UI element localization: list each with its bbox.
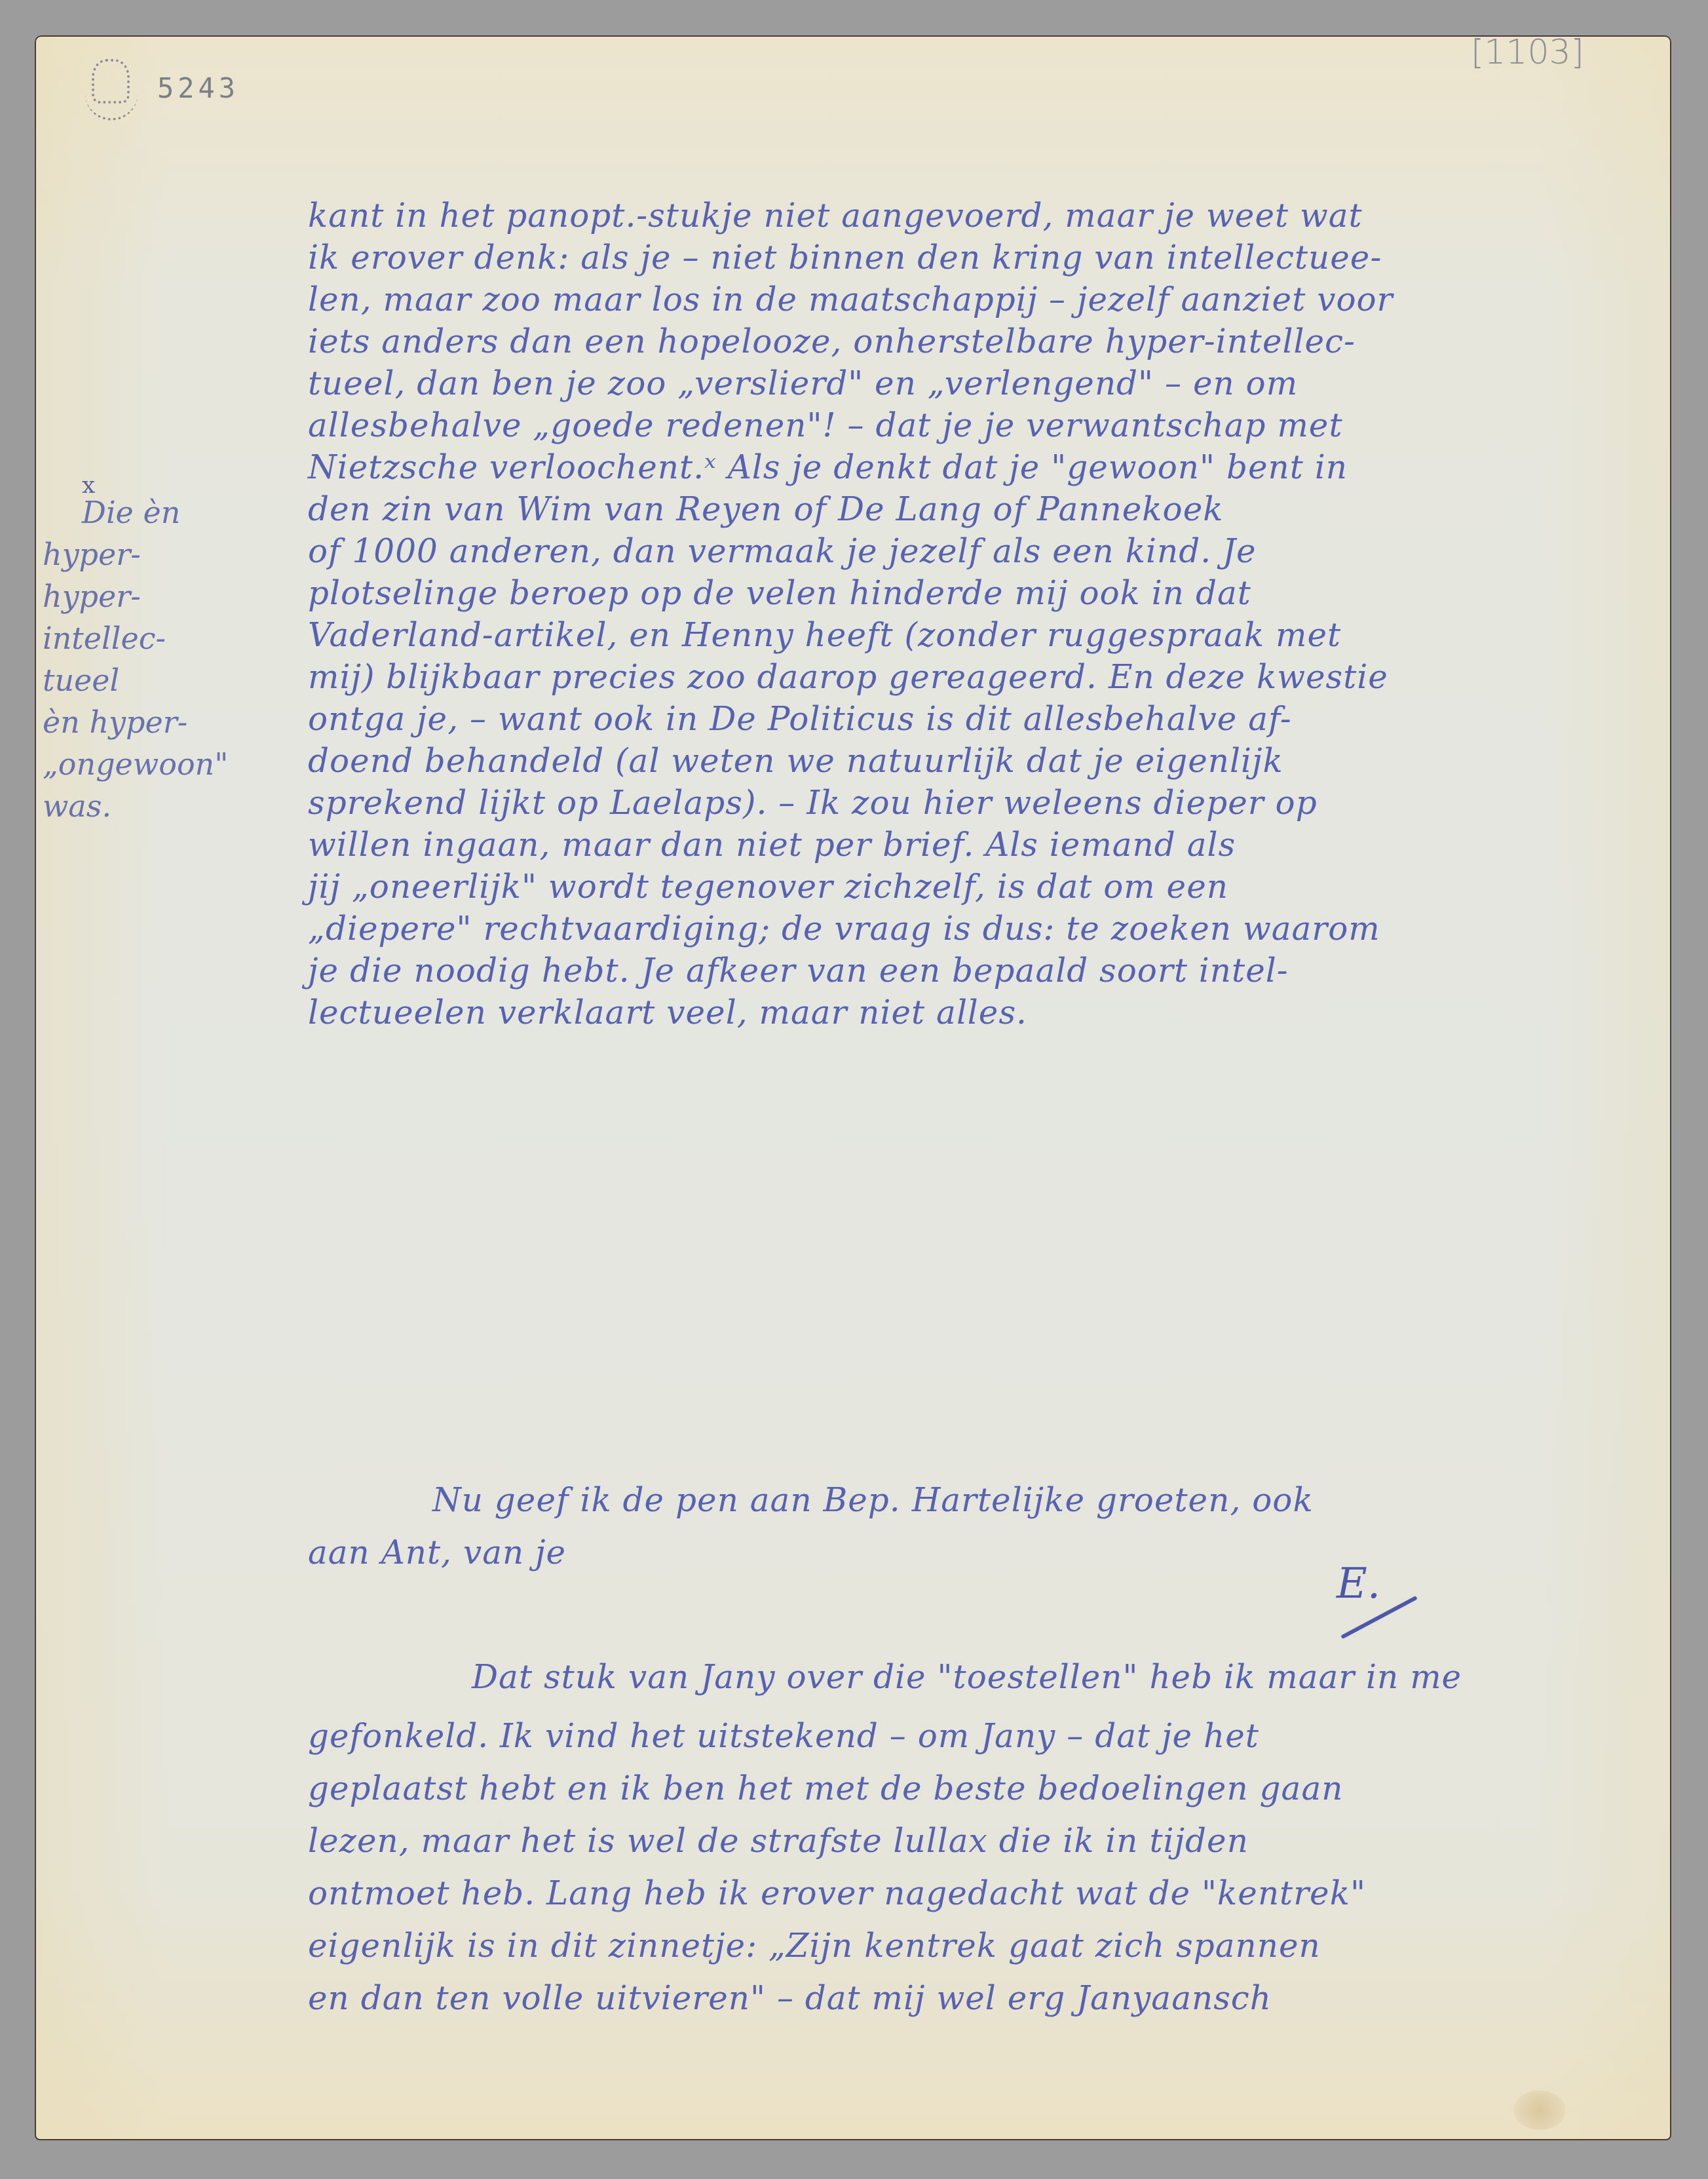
text-line: Vaderland-artikel, en Henny heeft (zonde… (308, 616, 1341, 654)
stamp-number: 5243 (157, 72, 239, 104)
margin-note-line: tueel (43, 659, 228, 701)
text-line: en dan ten volle uitvieren" – dat mij we… (308, 1979, 1272, 2017)
text-line: willen ingaan, maar dan niet per brief. … (308, 826, 1236, 864)
text-line: doend behandeld (al weten we natuurlijk … (308, 742, 1283, 780)
margin-note-line: èn hyper- (43, 701, 228, 743)
margin-note-line: was. (43, 785, 228, 827)
text-line: allesbehalve „goede redenen"! – dat je j… (308, 406, 1343, 444)
margin-note-line: intellec- (43, 617, 228, 659)
text-line: den zin van Wim van Reyen of De Lang of … (308, 490, 1224, 528)
text-line: ontmoet heb. Lang heb ik erover nagedach… (308, 1874, 1366, 1912)
text-line: lectueelen verklaart veel, maar niet all… (308, 993, 1027, 1032)
margin-note-line: „ongewoon" (43, 743, 228, 785)
signature: E. (1337, 1560, 1380, 1608)
text-line: mij) blijkbaar precies zoo daarop gereag… (308, 658, 1388, 696)
archive-stamp: 5243 (85, 59, 239, 121)
text-line: ik erover denk: als je – niet binnen den… (308, 239, 1382, 277)
margin-note: Die èn hyper- hyper- intellec- tueel èn … (43, 492, 228, 827)
text-line: len, maar zoo maar los in de maatschappi… (308, 280, 1393, 318)
text-line: jij „oneerlijk" wordt tegenover zichzelf… (308, 868, 1228, 906)
text-line: lezen, maar het is wel de strafste lulla… (308, 1822, 1249, 1860)
text-line: eigenlijk is in dit zinnetje: „Zijn kent… (308, 1927, 1321, 1965)
paper-stain (1513, 2091, 1566, 2130)
text-line: iets anders dan een hopelooze, onherstel… (308, 322, 1356, 360)
text-line: plotselinge beroep op de velen hinderde … (308, 574, 1251, 612)
margin-note-line: Die èn (43, 492, 228, 533)
text-line: kant in het panopt.-stukje niet aangevoe… (308, 197, 1363, 235)
text-line: gefonkeld. Ik vind het uitstekend – om J… (308, 1717, 1259, 1755)
text-line: je die noodig hebt. Je afkeer van een be… (308, 952, 1289, 990)
margin-note-line: hyper- (43, 533, 228, 575)
text-line: Dat stuk van Jany over die "toestellen" … (472, 1658, 1462, 1696)
text-line: ontga je, – want ook in De Politicus is … (308, 700, 1292, 738)
text-line: „diepere" rechtvaardiging; de vraag is d… (308, 910, 1380, 948)
text-line: Nietzsche verloochent.ˣ Als je denkt dat… (308, 448, 1348, 486)
archive-number: [1103] (1471, 33, 1584, 72)
text-line: Nu geef ik de pen aan Bep. Hartelijke gr… (432, 1481, 1314, 1519)
text-line: geplaatst hebt en ik ben het met de best… (308, 1769, 1343, 1807)
stamp-logo-icon (85, 59, 138, 121)
text-line: tueel, dan ben je zoo „verslierd" en „ve… (308, 364, 1298, 402)
text-line: of 1000 anderen, dan vermaak je jezelf a… (308, 532, 1257, 570)
text-line: sprekend lijkt op Laelaps). – Ik zou hie… (308, 784, 1318, 822)
text-line: aan Ant, van je (308, 1533, 566, 1572)
margin-note-line: hyper- (43, 575, 228, 617)
